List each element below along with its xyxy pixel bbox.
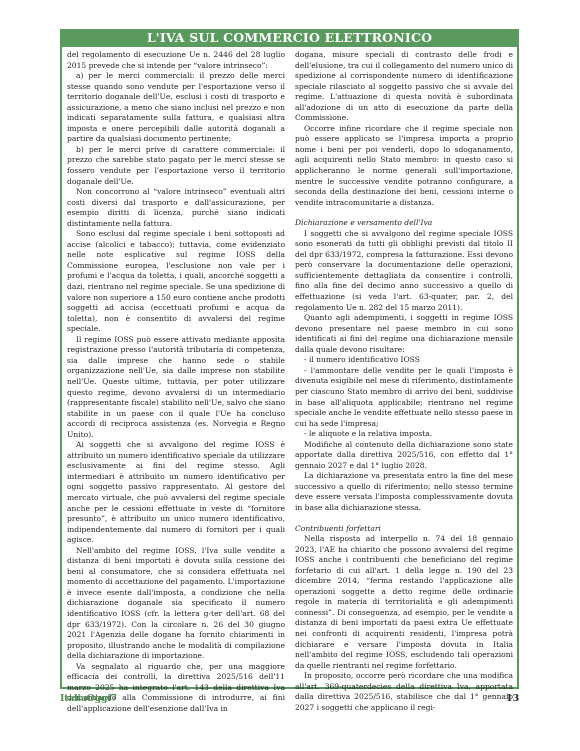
subheading-contribuenti-forfettari: Contribuenti forfettari [295, 524, 513, 535]
paragraph: Ai soggetti che si avvalgono del regime … [67, 440, 285, 545]
paragraph: Non concorrono al “valore intrinseco” ev… [67, 187, 285, 229]
paragraph: Modifiche al contenuto della dichiarazio… [295, 440, 513, 472]
page-number: 13 [506, 693, 519, 704]
paragraph: La dichiarazione va presentata entro la … [295, 471, 513, 513]
list-item: - il numero identificativo IOSS [295, 355, 513, 366]
paragraph: I soggetti che si avvalgono del regime s… [295, 229, 513, 313]
paragraph: Quanto agli adempimenti, i soggetti in r… [295, 313, 513, 355]
paragraph: Nella risposta ad interpello n. 74 del 1… [295, 534, 513, 671]
paragraph: Sono esclusi dal regime speciale i beni … [67, 229, 285, 334]
list-item: - l'ammontare delle vendite per le quali… [295, 366, 513, 429]
left-column: del regolamento di esecuzione Ue n. 2446… [67, 50, 285, 686]
paragraph: Il regime IOSS può essere attivato media… [67, 335, 285, 440]
paragraph: Nell'ambito del regime IOSS, l'Iva sulle… [67, 546, 285, 662]
paragraph: Va segnalato al riguardo che, per una ma… [67, 662, 285, 715]
paragraph: del regolamento di esecuzione Ue n. 2446… [67, 50, 285, 71]
paragraph: a) per le merci commerciali: il prezzo d… [67, 71, 285, 145]
list-item: - le aliquote e la relativa imposta. [295, 429, 513, 440]
paragraph: dogana, misure speciali di contrasto del… [295, 50, 513, 124]
subheading-dichiarazione: Dichiarazione e versamento dell'Iva [295, 218, 513, 229]
paragraph: b) per le merci prive di carattere comme… [67, 145, 285, 187]
right-column: dogana, misure speciali di contrasto del… [295, 50, 513, 686]
paragraph: In proposito, occorre però ricordare che… [295, 671, 513, 713]
paragraph: Occorre infine ricordare che il regime s… [295, 124, 513, 208]
publication-logo: ItaliaOggi7 [60, 693, 117, 704]
article-body: del regolamento di esecuzione Ue n. 2446… [67, 50, 513, 686]
